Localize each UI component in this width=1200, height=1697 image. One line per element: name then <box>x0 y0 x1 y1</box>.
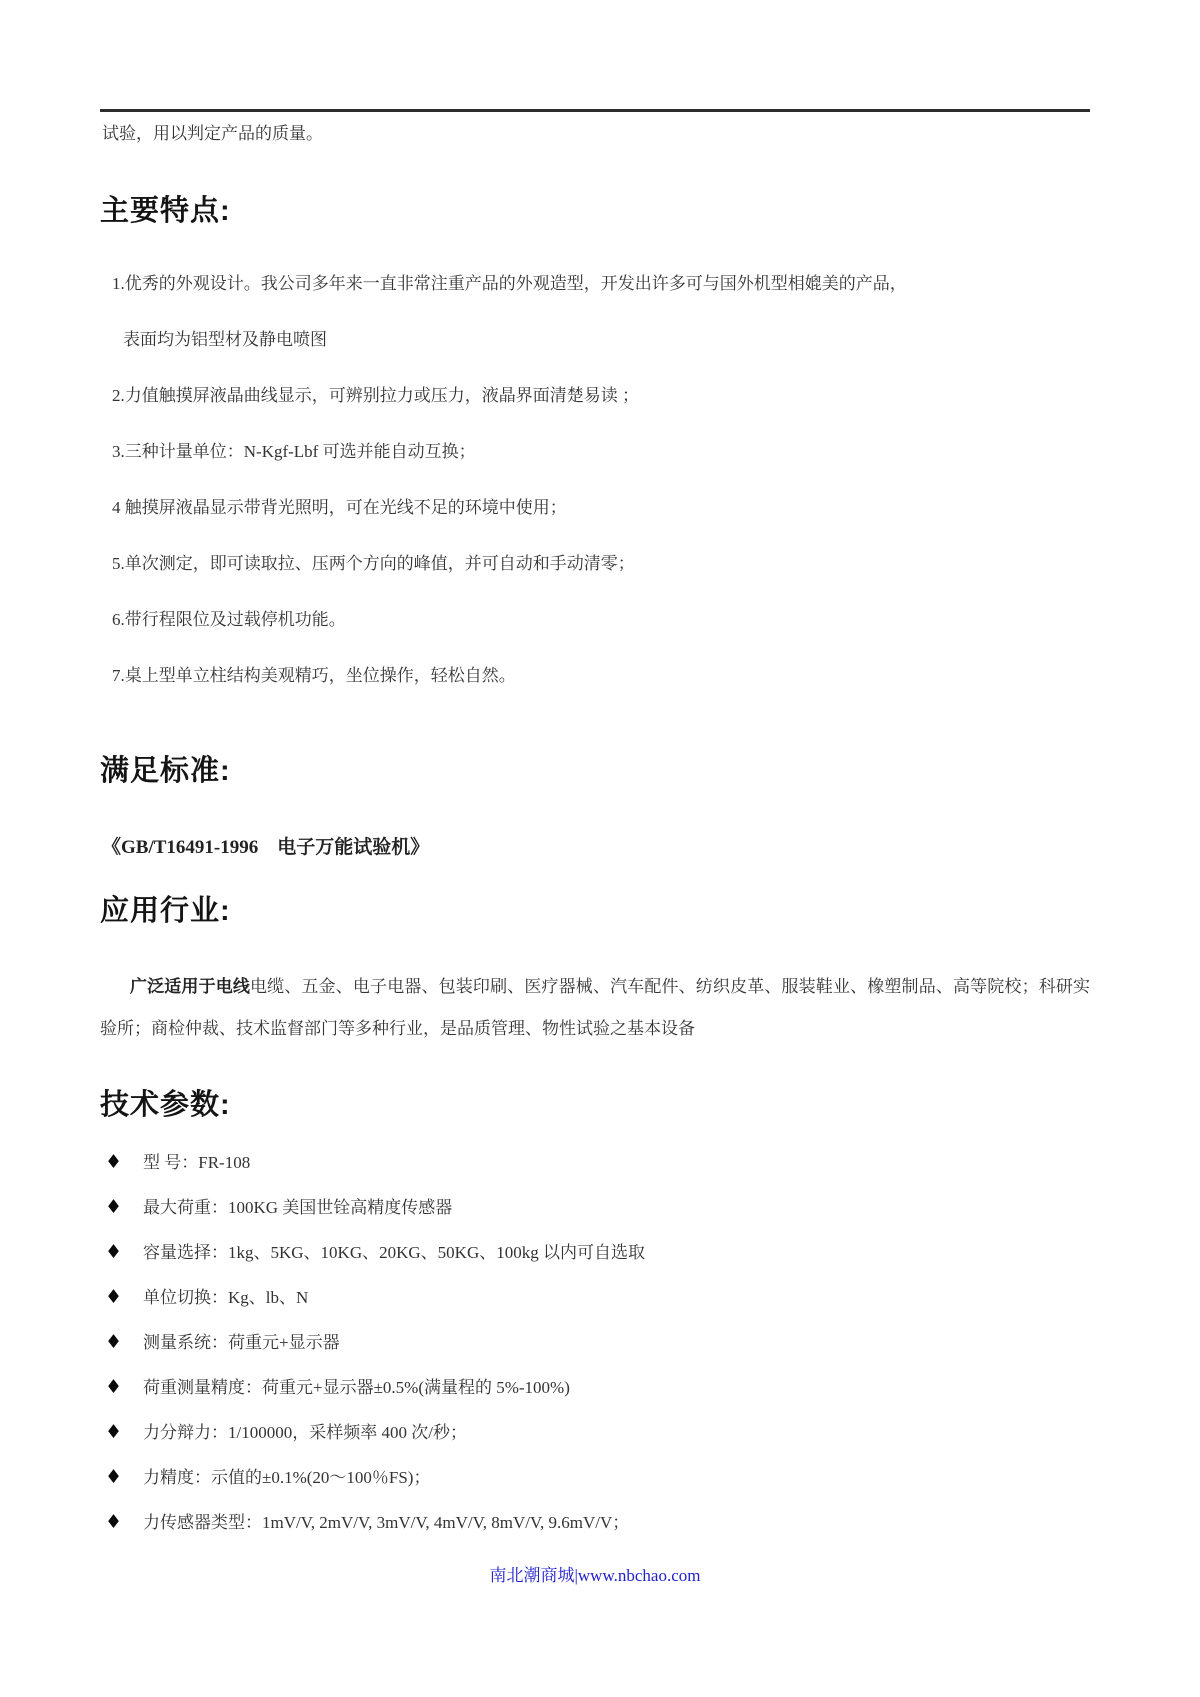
spec-text: 荷重测量精度：荷重元+显示器±0.5%(满量程的 5%-100%) <box>143 1366 570 1410</box>
feature-item-text: 1.优秀的外观设计。我公司多年来一直非常注重产品的外观造型，开发出许多可与国外机… <box>112 256 1090 312</box>
document-page: 试验，用以判定产品的质量。 主要特点: 1.优秀的外观设计。我公司多年来一直非常… <box>0 0 1200 1697</box>
spec-item: ♦最大荷重：100KG 美国世铨高精度传感器 <box>100 1185 1090 1230</box>
intro-text: 试验，用以判定产品的质量。 <box>102 121 1090 147</box>
specs-heading: 技术参数: <box>100 1088 1090 1122</box>
diamond-bullet-icon: ♦ <box>105 1410 143 1454</box>
spec-item: ♦力精度：示值的±0.1%(20～100％FS)； <box>100 1455 1090 1500</box>
spec-item: ♦测量系统：荷重元+显示器 <box>100 1320 1090 1365</box>
specs-list: ♦型 号：FR-108 ♦最大荷重：100KG 美国世铨高精度传感器 ♦容量选择… <box>100 1140 1090 1545</box>
horizontal-rule <box>100 109 1090 112</box>
features-list: 1.优秀的外观设计。我公司多年来一直非常注重产品的外观造型，开发出许多可与国外机… <box>100 256 1090 704</box>
feature-item: 7.桌上型单立柱结构美观精巧，坐位操作，轻松自然。 <box>100 648 1090 704</box>
spec-item: ♦力传感器类型：1mV/V, 2mV/V, 3mV/V, 4mV/V, 8mV/… <box>100 1500 1090 1545</box>
diamond-bullet-icon: ♦ <box>105 1275 143 1319</box>
spec-item: ♦型 号：FR-108 <box>100 1140 1090 1185</box>
feature-item-continuation: 表面均为铝型材及静电喷图 <box>112 312 1090 368</box>
applications-paragraph: 广泛适用于电线电缆、五金、电子电器、包装印刷、医疗器械、汽车配件、纺织皮革、服装… <box>100 966 1090 1050</box>
spec-text: 容量选择：1kg、5KG、10KG、20KG、50KG、100kg 以内可自选取 <box>143 1231 645 1275</box>
standards-text: 《GB/T16491-1996 电子万能试验机》 <box>102 834 1090 862</box>
feature-item: 5.单次测定，即可读取拉、压两个方向的峰值，并可自动和手动清零； <box>100 536 1090 592</box>
feature-item: 4 触摸屏液晶显示带背光照明，可在光线不足的环境中使用； <box>100 480 1090 536</box>
footer-link[interactable]: 南北潮商城|www.nbchao.com <box>490 1566 701 1585</box>
spec-item: ♦单位切换：Kg、lb、N <box>100 1275 1090 1320</box>
diamond-bullet-icon: ♦ <box>105 1365 143 1409</box>
feature-item: 2.力值触摸屏液晶曲线显示，可辨别拉力或压力，液晶界面清楚易读 ； <box>100 368 1090 424</box>
diamond-bullet-icon: ♦ <box>105 1320 143 1364</box>
spec-item: ♦荷重测量精度：荷重元+显示器±0.5%(满量程的 5%-100%) <box>100 1365 1090 1410</box>
spec-text: 测量系统：荷重元+显示器 <box>143 1321 340 1365</box>
spec-text: 最大荷重：100KG 美国世铨高精度传感器 <box>143 1186 452 1230</box>
diamond-bullet-icon: ♦ <box>105 1500 143 1544</box>
feature-item: 3.三种计量单位：N-Kgf-Lbf 可选并能自动互换； <box>100 424 1090 480</box>
spec-item: ♦容量选择：1kg、5KG、10KG、20KG、50KG、100kg 以内可自选… <box>100 1230 1090 1275</box>
spec-text: 力传感器类型：1mV/V, 2mV/V, 3mV/V, 4mV/V, 8mV/V… <box>143 1501 629 1545</box>
spec-text: 单位切换：Kg、lb、N <box>143 1276 308 1320</box>
feature-item: 6.带行程限位及过载停机功能。 <box>100 592 1090 648</box>
applications-heading: 应用行业: <box>100 894 1090 928</box>
standards-heading: 满足标准: <box>100 754 1090 788</box>
applications-lead-bold: 广泛适用于电线 <box>130 977 250 996</box>
diamond-bullet-icon: ♦ <box>105 1185 143 1229</box>
spec-item: ♦力分辩力：1/100000，采样频率 400 次/秒； <box>100 1410 1090 1455</box>
diamond-bullet-icon: ♦ <box>105 1455 143 1499</box>
footer: 南北潮商城|www.nbchao.com <box>100 1561 1090 1586</box>
features-heading: 主要特点: <box>100 194 1090 228</box>
diamond-bullet-icon: ♦ <box>105 1140 143 1184</box>
spec-text: 力分辩力：1/100000，采样频率 400 次/秒； <box>143 1411 467 1455</box>
spec-text: 型 号：FR-108 <box>143 1141 250 1185</box>
spec-text: 力精度：示值的±0.1%(20～100％FS)； <box>143 1456 430 1500</box>
feature-item: 1.优秀的外观设计。我公司多年来一直非常注重产品的外观造型，开发出许多可与国外机… <box>100 256 1090 368</box>
diamond-bullet-icon: ♦ <box>105 1230 143 1274</box>
